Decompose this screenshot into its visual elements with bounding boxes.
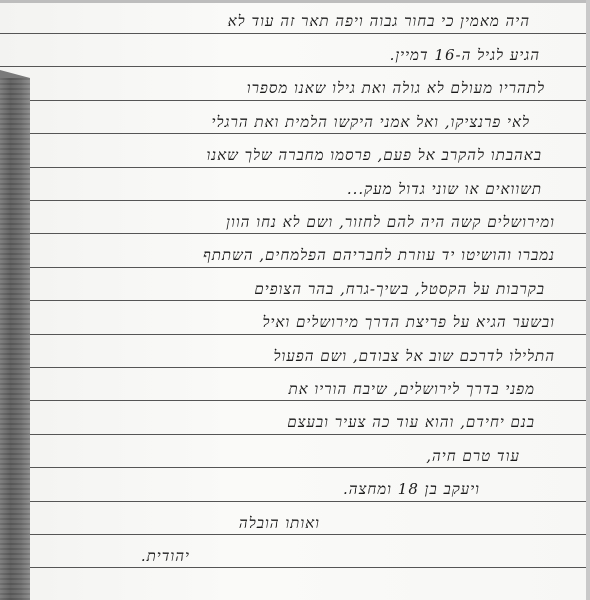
handwritten-line-2: הגיע לגיל ה-16 דמיין. <box>390 46 540 65</box>
handwritten-line-4: לאי פרנציקו, ואל אמני היקשו הלמית ואת הר… <box>212 113 530 132</box>
ruled-line <box>30 434 586 435</box>
ruled-line <box>30 367 586 368</box>
ruled-line <box>30 300 586 301</box>
handwritten-line-1: היה מאמין כי בחור גבוה ויפה תאר זה עוד ל… <box>228 12 530 31</box>
ruled-line <box>30 534 586 535</box>
ruled-line <box>30 200 586 201</box>
handwritten-line-12: מפני בדרך לירושלים, שיבח הוריו את <box>288 380 535 399</box>
handwritten-line-13: בנם יחידם, והוא עוד כה צעיר ובעצם <box>287 413 535 432</box>
handwritten-line-16: ואותו הובלה <box>239 514 320 533</box>
handwritten-line-15: ויעקב בן 18 ומחצה. <box>343 480 480 499</box>
ruled-line <box>30 167 586 168</box>
handwritten-line-5: באהבתו להקרב אל פעם, פרסמו מחברה שלך שאנ… <box>206 146 542 165</box>
handwritten-line-8: נמברו והושיטו יד עוזרת לחבריהם הפלמחים, … <box>203 246 555 265</box>
ruled-line <box>0 33 586 34</box>
handwritten-line-17: יהודית. <box>141 547 190 566</box>
ruled-line <box>30 100 586 101</box>
ruled-line <box>30 133 586 134</box>
handwritten-line-3: לתהריו מעולם לא גולה ואת גילו שאנו מספרו <box>247 79 545 98</box>
handwritten-line-9: בקרבות על הקסטל, בשיך-גרח, בהר הצופים <box>254 280 545 299</box>
handwritten-line-14: עוד טרם חיה, <box>426 447 520 466</box>
ruled-line <box>30 467 586 468</box>
handwritten-line-6: תשוואים או שוני גדול מעק... <box>347 180 542 199</box>
ruled-line <box>30 567 586 568</box>
page-right-edge <box>586 0 590 600</box>
ruled-line <box>30 400 586 401</box>
ruled-line <box>30 501 586 502</box>
handwritten-line-10: ובשער הגיא על פריצת הדרך מירושלים ואיל <box>262 313 555 332</box>
ruled-line <box>30 233 586 234</box>
binding-strip-top <box>0 70 30 78</box>
ruled-line <box>30 267 586 268</box>
handwritten-line-7: ומירושלים קשה היה להם לחזור, ושם לא נחו … <box>226 213 555 232</box>
handwritten-line-11: התלילו לדרכם שוב אל צבודם, ושם הפעול <box>274 347 555 366</box>
ruled-line <box>0 66 586 67</box>
binding-strip <box>0 78 30 600</box>
ruled-line <box>30 334 586 335</box>
